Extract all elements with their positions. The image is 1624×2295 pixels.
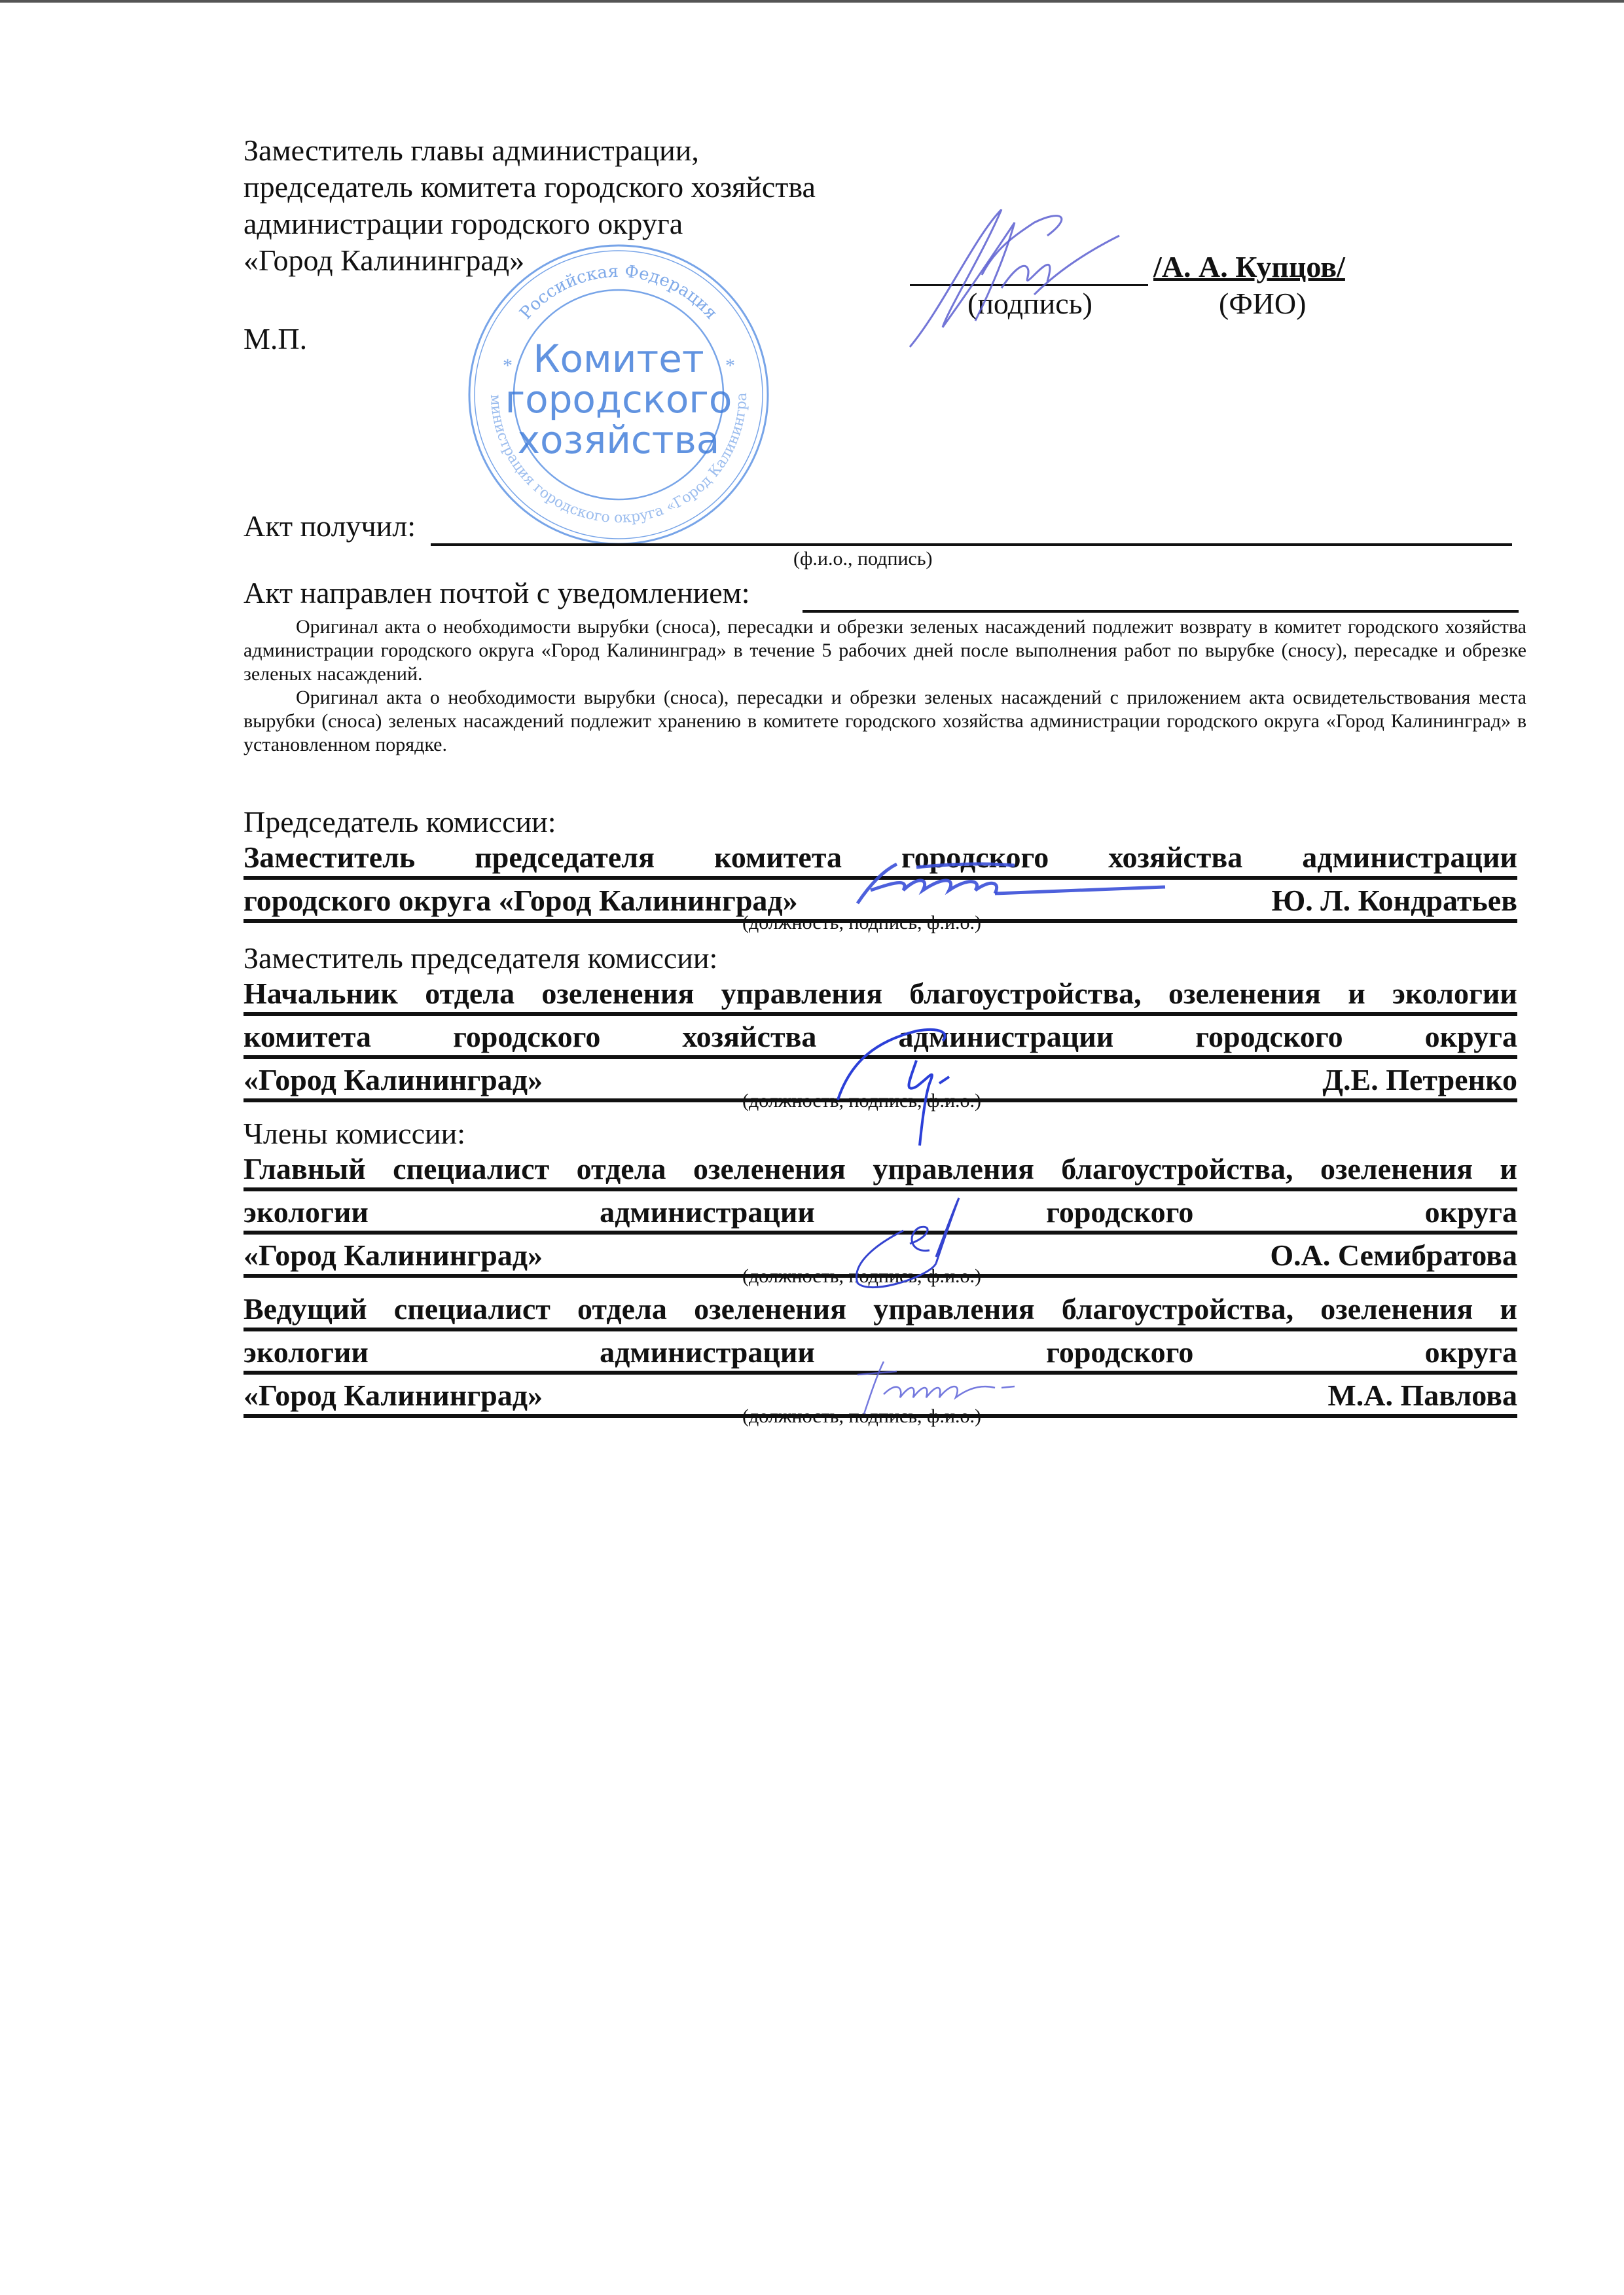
note-paragraph: Оригинал акта о необходимости вырубки (с… [244,686,1526,757]
deputy-label: Заместитель председателя комиссии: [244,940,717,977]
role-word: городского [1046,1334,1193,1371]
role-text: «Город Калининград» [244,1238,543,1272]
mailed-line[interactable] [803,610,1519,613]
official-stamp: Российская Федерация Администрация город… [465,241,772,549]
role-word: озеленения [693,1151,846,1187]
seal-mark: М.П. [244,321,307,357]
notes: Оригинал акта о необходимости вырубки (с… [244,615,1526,757]
signature-caption: (должность, подпись, ф.и.о.) [742,911,981,935]
role-word: управления [873,1291,1034,1328]
mailed-label: Акт направлен почтой с уведомлением: [244,575,750,611]
role-word: округа [1425,1019,1517,1055]
role-word: комитета [244,1019,371,1055]
member-name: М.А. Павлова [1327,1377,1517,1414]
member-name: Д.Е. Петренко [1322,1062,1517,1098]
role-word: благоустройства, [909,975,1141,1012]
role-word: комитета [714,839,842,876]
role-word: хозяйства [1108,839,1242,876]
signature-caption: (должность, подпись, ф.и.о.) [742,1405,981,1428]
role-word: хозяйства [682,1019,816,1055]
role-word: благоустройства, [1061,1151,1293,1187]
received-label: Акт получил: [244,508,416,545]
signature-caption: (должность, подпись, ф.и.о.) [742,1089,981,1113]
scan-edge [0,0,1624,3]
member-name: О.А. Семибратова [1270,1237,1517,1274]
role-word: экологии [244,1194,369,1231]
role-word: озеленения [1320,1151,1473,1187]
role-word: Заместитель [244,839,415,876]
member-name: Ю. Л. Кондратьев [1272,882,1517,919]
role-word: и [1500,1151,1517,1187]
role-word: озеленения [1320,1291,1473,1328]
role-word: администрации [1302,839,1517,876]
signature-caption: (должность, подпись, ф.и.о.) [742,1265,981,1288]
stamp-center-line: Комитет [533,336,704,381]
role-word: Ведущий [244,1291,367,1328]
stamp-center-line: городского [505,377,732,422]
deputy-entry: Начальникотделаозелененияуправленияблаго… [244,975,1517,1102]
role-text: «Город Калининград» [244,1063,543,1096]
role-word: управления [873,1151,1034,1187]
role-word: округа [1425,1194,1517,1231]
role-text: городского округа «Город Калининград» [244,884,798,917]
name-caption: (ФИО) [1219,285,1306,322]
role-word: специалист [394,1291,550,1328]
role-word: озеленения [694,1291,846,1328]
note-paragraph: Оригинал акта о необходимости вырубки (с… [244,615,1526,686]
role-word: и [1500,1291,1517,1328]
role-word: экологии [1392,975,1517,1012]
role-word: Главный [244,1151,366,1187]
role-word: городского [453,1019,600,1055]
approver-line: председатель комитета городского хозяйст… [244,169,816,206]
role-word: председателя [475,839,655,876]
role-word: благоустройства, [1062,1291,1293,1328]
role-word: экологии [244,1334,369,1371]
role-word: озеленения [541,975,694,1012]
role-word: отдела [577,1291,667,1328]
stamp-center-line: хозяйства [518,418,720,462]
stamp-ring-top: Российская Федерация [516,262,721,323]
role-word: специалист [393,1151,549,1187]
role-word: озеленения [1168,975,1321,1012]
role-word: и [1348,975,1365,1012]
star-icon: * [503,355,513,376]
received-caption: (ф.и.о., подпись) [793,547,933,571]
role-word: управления [721,975,882,1012]
role-word: отдела [425,975,514,1012]
chair-entry: Заместитель председателя комитета городс… [244,839,1517,923]
role-word: Начальник [244,975,398,1012]
role-word: округа [1425,1334,1517,1371]
role-word: отдела [577,1151,666,1187]
role-word: администрации [600,1334,815,1371]
star-icon: * [725,355,735,376]
signature-caption: (подпись) [967,285,1092,322]
member-entry: Главныйспециалистотделаозелененияуправле… [244,1151,1517,1278]
received-line[interactable] [431,543,1512,546]
approver-line: администрации городского округа [244,206,816,242]
member-entry: Ведущийспециалистотделаозелененияуправле… [244,1291,1517,1418]
role-text: «Город Калининград» [244,1379,543,1412]
approver-name: /А. А. Купцов/ [1153,249,1345,285]
approver-line: Заместитель главы администрации, [244,132,816,169]
members-label: Члены комиссии: [244,1115,465,1152]
role-word: городского [1046,1194,1193,1231]
role-word: городского [1195,1019,1343,1055]
role-word: администрации [600,1194,815,1231]
role-word: администрации [898,1019,1113,1055]
role-word: городского [901,839,1049,876]
chair-label: Председатель комиссии: [244,804,556,840]
